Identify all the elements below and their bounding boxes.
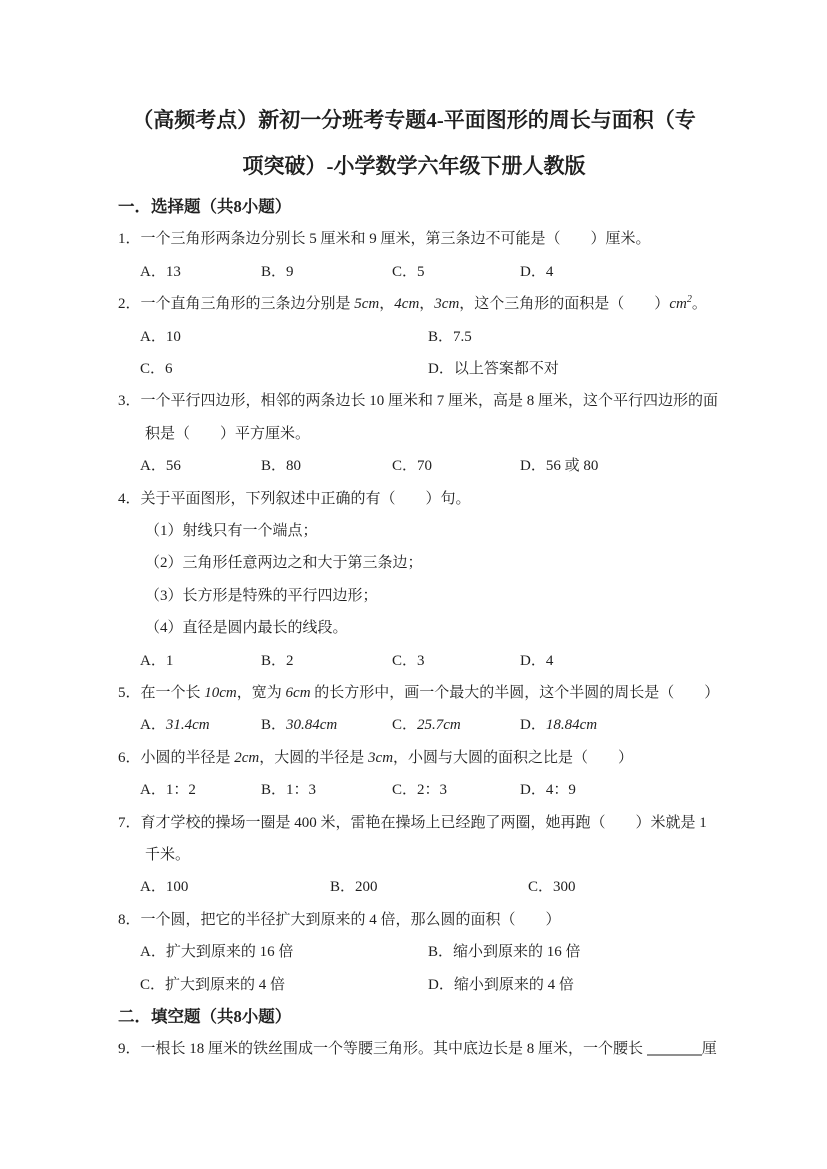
question-7: 7．育才学校的操场一圈是 400 米，雷艳在操场上已经跑了两圈，她再跑（ ）米就… bbox=[118, 807, 710, 904]
question-8-options-row-1: A．扩大到原来的 16 倍 B．缩小到原来的 16 倍 bbox=[118, 936, 710, 968]
question-2-option-c: C．6 bbox=[140, 353, 173, 385]
question-4-statement-1: （1）射线只有一个端点； bbox=[118, 515, 710, 547]
question-7-text-line-2: 千米。 bbox=[118, 839, 710, 871]
question-4: 4．关于平面图形，下列叙述中正确的有（ ）句。 （1）射线只有一个端点； （2）… bbox=[118, 483, 710, 677]
question-3-option-a: A．56 bbox=[140, 450, 181, 482]
question-2-option-b: B．7.5 bbox=[428, 321, 472, 353]
question-4-option-d: D．4 bbox=[520, 645, 553, 677]
question-1-option-b: B．9 bbox=[261, 256, 294, 288]
question-9-text: 9．一根长 18 厘米的铁丝围成一个等腰三角形。其中底边长是 8 厘米，一个腰长… bbox=[118, 1033, 710, 1065]
question-5-option-a: A．31.4cm bbox=[140, 709, 210, 741]
question-6-options: A．1：2 B．1：3 C．2：3 D．4：9 bbox=[118, 774, 710, 806]
question-6-option-c: C．2：3 bbox=[392, 774, 447, 806]
question-4-text: 4．关于平面图形，下列叙述中正确的有（ ）句。 bbox=[118, 483, 710, 515]
question-4-option-a: A．1 bbox=[140, 645, 173, 677]
question-3-text-line-1: 3．一个平行四边形，相邻的两条边长 10 厘米和 7 厘米，高是 8 厘米，这个… bbox=[118, 385, 710, 417]
question-5-options: A．31.4cm B．30.84cm C．25.7cm D．18.84cm bbox=[118, 709, 710, 741]
question-7-option-a: A．100 bbox=[140, 871, 188, 903]
question-7-option-b: B．200 bbox=[330, 871, 378, 903]
question-8-option-c: C．扩大到原来的 4 倍 bbox=[140, 969, 285, 1001]
question-2-options-row-1: A．10 B．7.5 bbox=[118, 321, 710, 353]
section-heading-multiple-choice: 一．选择题（共8小题） bbox=[118, 191, 710, 223]
question-6-option-a: A．1：2 bbox=[140, 774, 196, 806]
question-8-option-b: B．缩小到原来的 16 倍 bbox=[428, 936, 581, 968]
question-6-text: 6．小圆的半径是 2cm，大圆的半径是 3cm，小圆与大圆的面积之比是（ ） bbox=[118, 742, 710, 774]
question-1-option-c: C．5 bbox=[392, 256, 425, 288]
question-3-options: A．56 B．80 C．70 D．56 或 80 bbox=[118, 450, 710, 482]
question-9: 9．一根长 18 厘米的铁丝围成一个等腰三角形。其中底边长是 8 厘米，一个腰长… bbox=[118, 1033, 710, 1065]
question-2-option-d: D．以上答案都不对 bbox=[428, 353, 559, 385]
question-8-options-row-2: C．扩大到原来的 4 倍 D．缩小到原来的 4 倍 bbox=[118, 969, 710, 1001]
question-6-option-d: D．4：9 bbox=[520, 774, 576, 806]
question-4-option-b: B．2 bbox=[261, 645, 294, 677]
question-6-option-b: B．1：3 bbox=[261, 774, 316, 806]
title-line-1: （高频考点）新初一分班考专题4-平面图形的周长与面积（专 bbox=[132, 108, 696, 132]
question-3-option-c: C．70 bbox=[392, 450, 432, 482]
question-7-options: A．100 B．200 C．300 bbox=[118, 871, 710, 903]
question-1-option-a: A．13 bbox=[140, 256, 181, 288]
question-3: 3．一个平行四边形，相邻的两条边长 10 厘米和 7 厘米，高是 8 厘米，这个… bbox=[118, 385, 710, 482]
question-8-option-d: D．缩小到原来的 4 倍 bbox=[428, 969, 574, 1001]
question-1: 1．一个三角形两条边分别长 5 厘米和 9 厘米，第三条边不可能是（ ）厘米。 … bbox=[118, 223, 710, 288]
document-title: （高频考点）新初一分班考专题4-平面图形的周长与面积（专项突破）-小学数学六年级… bbox=[118, 97, 710, 189]
question-2-text: 2．一个直角三角形的三条边分别是 5cm，4cm，3cm，这个三角形的面积是（ … bbox=[118, 288, 710, 320]
question-8-text: 8．一个圆，把它的半径扩大到原来的 4 倍，那么圆的面积（ ） bbox=[118, 904, 710, 936]
question-4-statement-3: （3）长方形是特殊的平行四边形； bbox=[118, 580, 710, 612]
question-7-option-c: C．300 bbox=[528, 871, 576, 903]
question-3-text-line-2: 积是（ ）平方厘米。 bbox=[118, 418, 710, 450]
question-4-statement-4: （4）直径是圆内最长的线段。 bbox=[118, 612, 710, 644]
question-1-option-d: D．4 bbox=[520, 256, 553, 288]
question-6: 6．小圆的半径是 2cm，大圆的半径是 3cm，小圆与大圆的面积之比是（ ） A… bbox=[118, 742, 710, 807]
question-8: 8．一个圆，把它的半径扩大到原来的 4 倍，那么圆的面积（ ） A．扩大到原来的… bbox=[118, 904, 710, 1001]
question-4-option-c: C．3 bbox=[392, 645, 425, 677]
question-5: 5．在一个长 10cm，宽为 6cm 的长方形中，画一个最大的半圆，这个半圆的周… bbox=[118, 677, 710, 742]
question-3-option-b: B．80 bbox=[261, 450, 301, 482]
question-5-option-d: D．18.84cm bbox=[520, 709, 597, 741]
question-7-text-line-1: 7．育才学校的操场一圈是 400 米，雷艳在操场上已经跑了两圈，她再跑（ ）米就… bbox=[118, 807, 710, 839]
title-line-2: 项突破）-小学数学六年级下册人教版 bbox=[243, 154, 586, 178]
question-2: 2．一个直角三角形的三条边分别是 5cm，4cm，3cm，这个三角形的面积是（ … bbox=[118, 288, 710, 385]
question-3-option-d: D．56 或 80 bbox=[520, 450, 598, 482]
question-5-option-c: C．25.7cm bbox=[392, 709, 461, 741]
question-1-text: 1．一个三角形两条边分别长 5 厘米和 9 厘米，第三条边不可能是（ ）厘米。 bbox=[118, 223, 710, 255]
question-2-options-row-2: C．6 D．以上答案都不对 bbox=[118, 353, 710, 385]
section-heading-fill-in-blank: 二．填空题（共8小题） bbox=[118, 1001, 710, 1033]
worksheet-page: （高频考点）新初一分班考专题4-平面图形的周长与面积（专项突破）-小学数学六年级… bbox=[0, 0, 827, 1169]
question-2-option-a: A．10 bbox=[140, 321, 181, 353]
question-4-statement-2: （2）三角形任意两边之和大于第三条边； bbox=[118, 547, 710, 579]
worksheet-body: 一．选择题（共8小题） 1．一个三角形两条边分别长 5 厘米和 9 厘米，第三条… bbox=[118, 191, 710, 1066]
question-5-option-b: B．30.84cm bbox=[261, 709, 337, 741]
question-1-options: A．13 B．9 C．5 D．4 bbox=[118, 256, 710, 288]
question-8-option-a: A．扩大到原来的 16 倍 bbox=[140, 936, 293, 968]
question-4-options: A．1 B．2 C．3 D．4 bbox=[118, 645, 710, 677]
question-5-text: 5．在一个长 10cm，宽为 6cm 的长方形中，画一个最大的半圆，这个半圆的周… bbox=[118, 677, 710, 709]
